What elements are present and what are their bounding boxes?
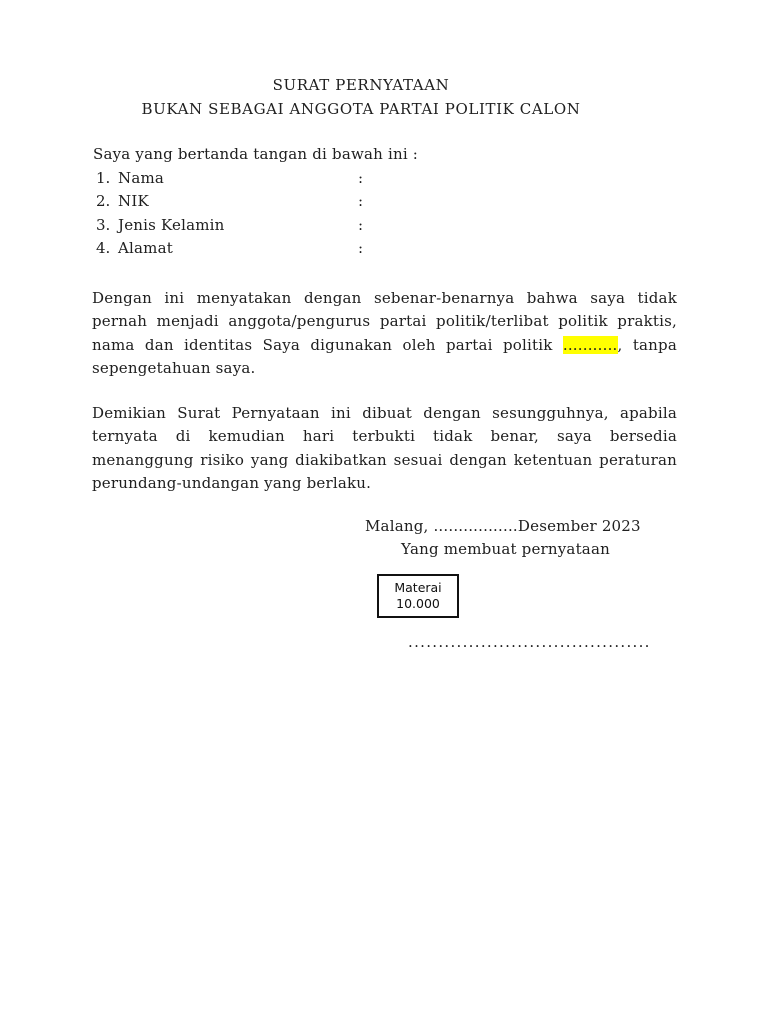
field-colon: : [358, 192, 363, 210]
field-colon: : [358, 216, 363, 234]
materai-stamp-label: Materai [394, 580, 441, 596]
field-colon: : [358, 239, 363, 257]
field-row-jenis-kelamin: 3. Jenis Kelamin : [92, 216, 512, 239]
highlighted-blank: ........... [563, 336, 618, 354]
document-title-line1: SURAT PERNYATAAN [92, 74, 630, 98]
field-label-nik: NIK [118, 192, 149, 210]
document-title-line2: BUKAN SEBAGAI ANGGOTA PARTAI POLITIK CAL… [92, 98, 630, 122]
opening-statement: Saya yang bertanda tangan di bawah ini : [93, 145, 418, 163]
materai-stamp-box: Materai 10.000 [377, 574, 459, 618]
field-number: 1. [96, 169, 110, 187]
identity-fields-list: 1. Nama : 2. NIK : 3. Jenis Kelamin : 4.… [92, 169, 512, 263]
field-row-nama: 1. Nama : [92, 169, 512, 192]
declaration-paragraph: Dengan ini menyatakan dengan sebenar-ben… [92, 287, 677, 380]
field-label-jenis-kelamin: Jenis Kelamin [118, 216, 225, 234]
field-number: 2. [96, 192, 110, 210]
materai-stamp-value: 10.000 [396, 596, 440, 612]
field-number: 3. [96, 216, 110, 234]
field-row-nik: 2. NIK : [92, 192, 512, 215]
document-title-block: SURAT PERNYATAAN BUKAN SEBAGAI ANGGOTA P… [92, 74, 630, 121]
signer-caption-line: Yang membuat pernyataan [365, 540, 646, 558]
document-page: SURAT PERNYATAAN BUKAN SEBAGAI ANGGOTA P… [0, 0, 768, 1024]
field-label-nama: Nama [118, 169, 164, 187]
field-row-alamat: 4. Alamat : [92, 239, 512, 262]
signature-dotted-line: ........................................ [408, 633, 651, 651]
field-label-alamat: Alamat [118, 239, 173, 257]
field-number: 4. [96, 239, 110, 257]
field-colon: : [358, 169, 363, 187]
place-date-line: Malang, .................Desember 2023 [365, 517, 641, 535]
closing-paragraph: Demikian Surat Pernyataan ini dibuat den… [92, 402, 677, 495]
